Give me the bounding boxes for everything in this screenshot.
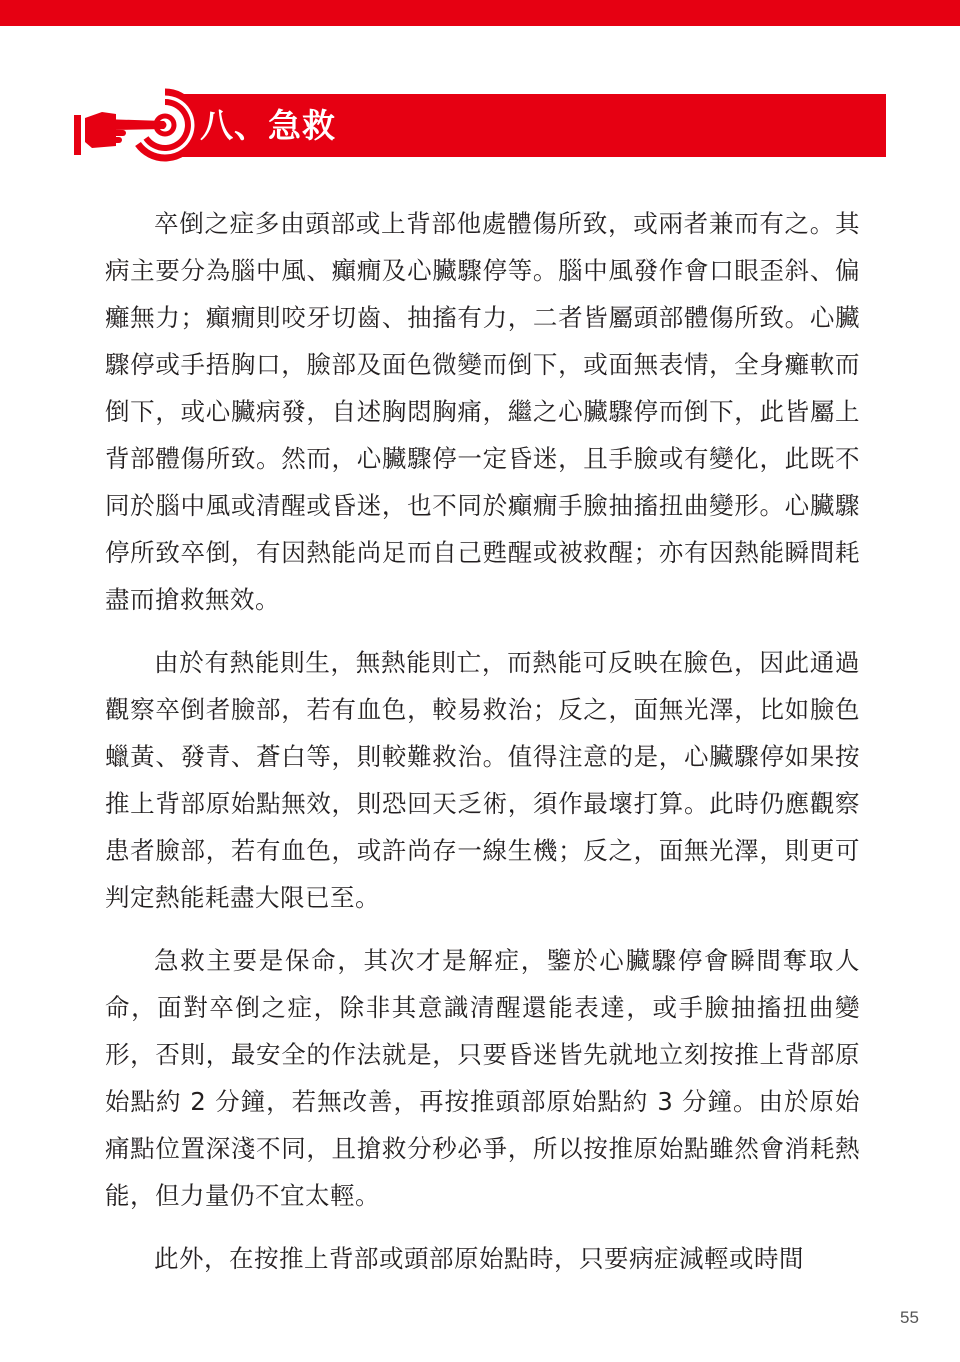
- section-heading: 八、急救: [72, 88, 886, 162]
- paragraph: 急救主要是保命，其次才是解症，鑒於心臟驟停會瞬間奪取人命，面對卒倒之症，除非其意…: [105, 937, 860, 1219]
- body-text: 卒倒之症多由頭部或上背部他處體傷所致，或兩者兼而有之。其病主要分為腦中風、癲癇及…: [105, 200, 860, 1298]
- pointing-hand-target-icon: [72, 88, 202, 162]
- paragraph: 此外，在按推上背部或頭部原始點時，只要病症減輕或時間: [105, 1235, 860, 1282]
- section-title: 八、急救: [200, 94, 336, 157]
- paragraph: 卒倒之症多由頭部或上背部他處體傷所致，或兩者兼而有之。其病主要分為腦中風、癲癇及…: [105, 200, 860, 623]
- top-accent-bar: [0, 0, 960, 26]
- paragraph: 由於有熱能則生，無熱能則亡，而熱能可反映在臉色，因此通過觀察卒倒者臉部，若有血色…: [105, 639, 860, 921]
- page-number: 55: [900, 1308, 919, 1328]
